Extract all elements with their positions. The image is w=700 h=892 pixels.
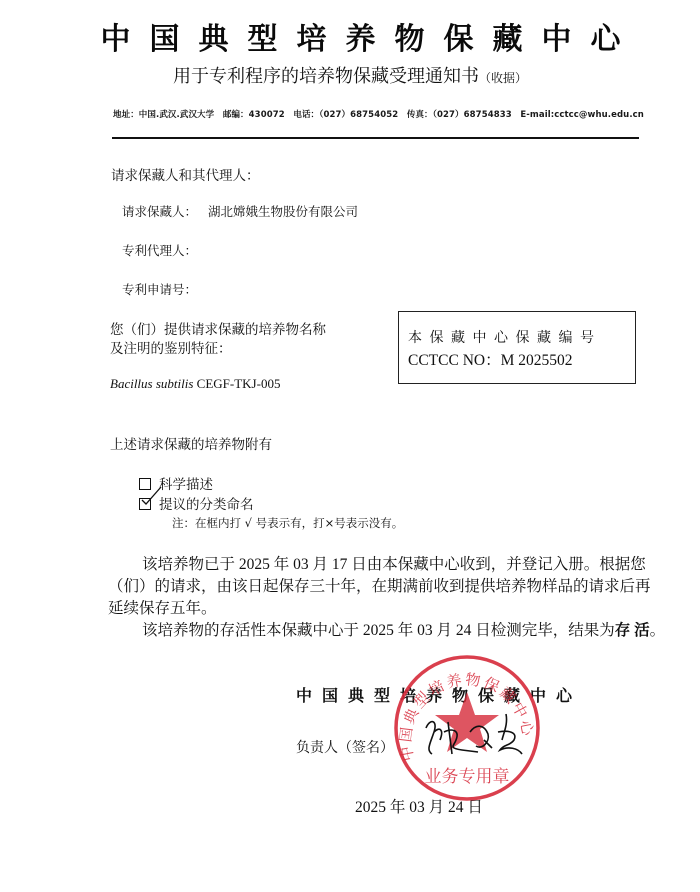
contact-line: 地址：中国.武汉.武汉大学 邮编：430072 电话：（027）68754052… [113,108,644,120]
body-para1-line2: （们）的请求，由该日起保存三十年，在期满前收到提供培养物样品的请求后再 [108,574,651,596]
subtitle-text: 用于专利程序的培养物保藏受理通知书 [173,66,479,87]
accession-number: CCTCC NO：M 2025502 [408,348,573,370]
body-para2: 该培养物的存活性本保藏中心于 2025 年 03 月 24 日检测完毕，结果为存… [142,618,665,640]
body-para1-line3: 延续保存五年。 [108,596,217,618]
attachment-item-proposed-taxonomy: 提议的分类命名 [139,493,254,513]
viability-result: 存 活 [615,622,650,639]
attachment-label: 提议的分类命名 [159,497,254,513]
signer-label: 负责人（签名） [296,737,394,757]
accession-box: 本保藏中心保藏编号 CCTCC NO：M 2025502 [398,311,636,384]
subtitle-note: （收据） [479,71,527,85]
checkmark-icon [141,485,163,507]
body-para1-line1: 该培养物已于 2025 年 03 月 17 日由本保藏中心收到，并登记入册。根据… [142,552,646,574]
application-no-label: 专利申请号： [122,280,197,298]
depositor-label: 请求保藏人： [122,202,197,220]
viability-sentence: 该培养物的存活性本保藏中心于 2025 年 03 月 24 日检测完毕，结果为 [142,622,615,639]
sentence-end: 。 [650,622,666,639]
depositor-value: 湖北嫦娥生物股份有限公司 [208,202,358,220]
species-name: Bacillus subtilis [110,376,193,391]
attachment-label: 科学描述 [159,477,213,493]
culture-prompt-line2: 及注明的鉴别特征： [110,337,232,357]
patent-agent-label: 专利代理人： [122,241,197,259]
attachments-note: 注：在框内打 √ 号表示有，打×号表示没有。 [172,515,403,531]
depositor-heading: 请求保藏人和其代理人： [111,164,260,184]
svg-text:业务专用章: 业务专用章 [425,766,510,787]
attachments-heading: 上述请求保藏的培养物附有 [110,433,272,453]
header-divider [112,137,639,139]
document-title: 中国典型培养物保藏中心 [0,14,700,58]
handwritten-signature-icon [418,710,528,760]
culture-prompt-line1: 您（们）提供请求保藏的培养物名称 [110,318,326,338]
accession-label: 本保藏中心保藏编号 [408,327,602,347]
strain-id: CEGF-TKJ-005 [193,376,280,391]
document-subtitle: 用于专利程序的培养物保藏受理通知书（收据） [0,62,700,88]
checkbox-checked-icon [139,498,151,510]
culture-name: Bacillus subtilis CEGF-TKJ-005 [110,376,280,392]
